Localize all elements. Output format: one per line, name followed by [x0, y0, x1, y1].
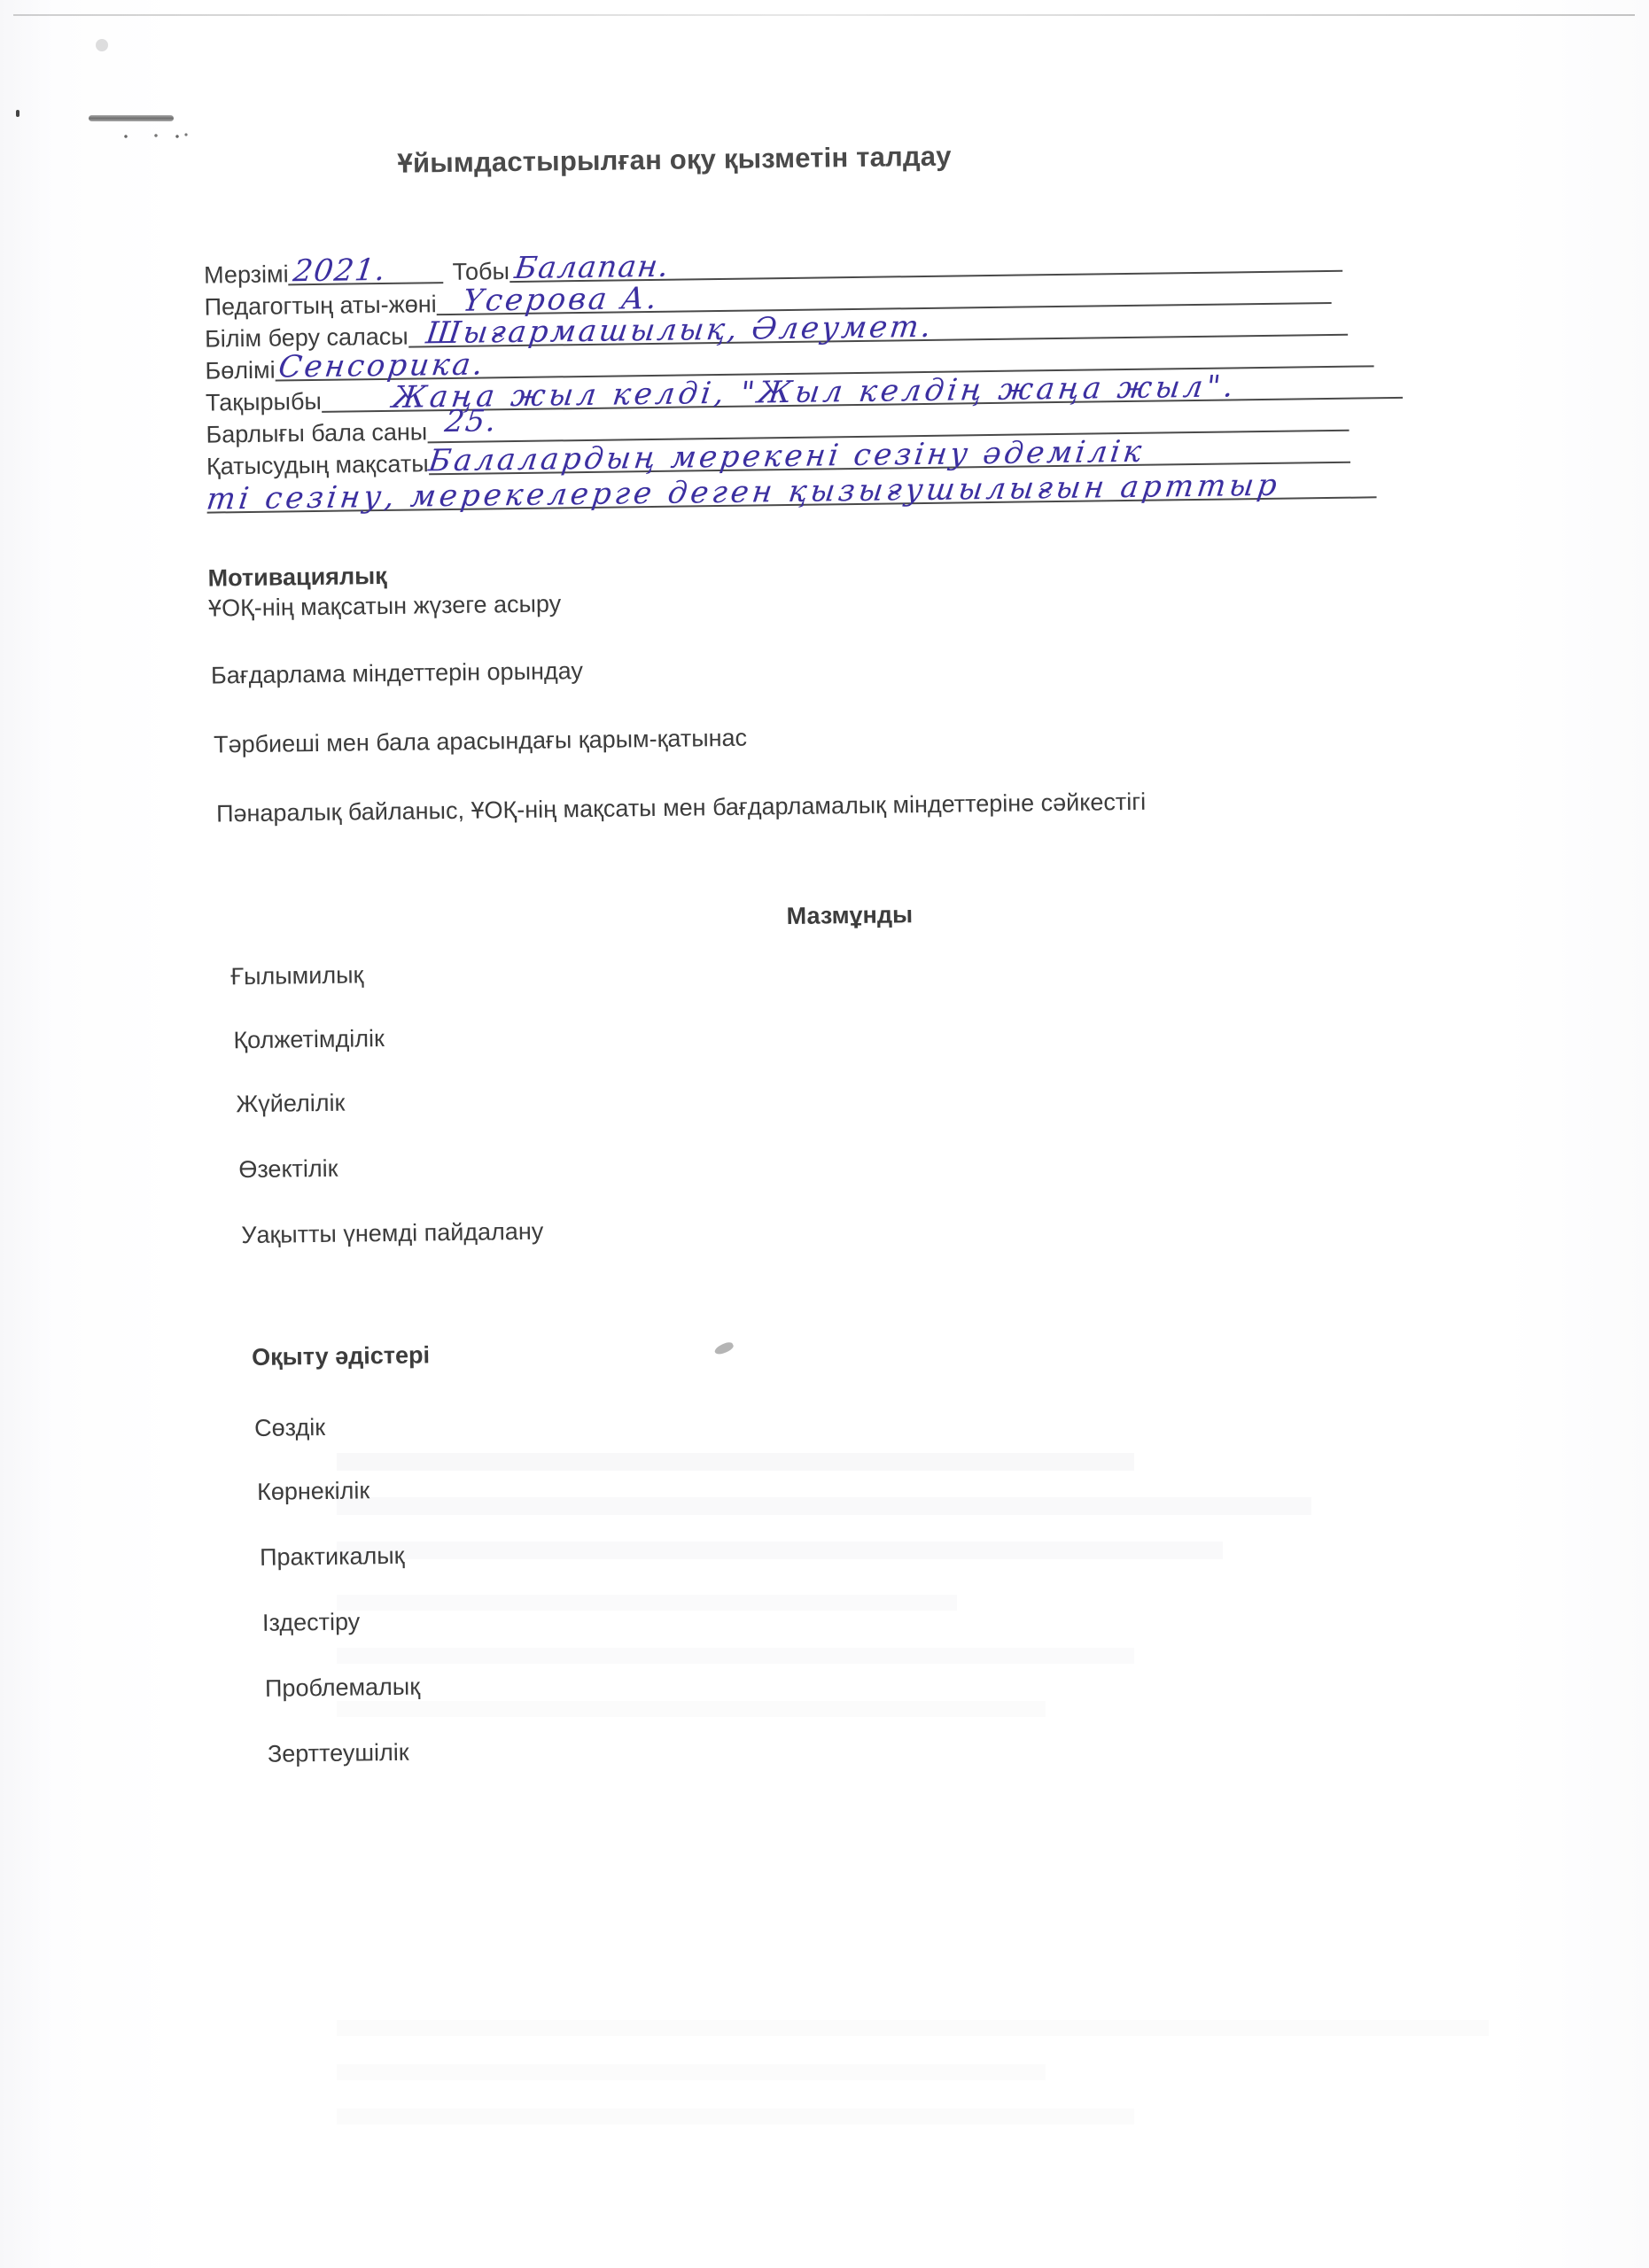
pen-mark	[713, 1340, 735, 1357]
motivation-item: Пәнаралық байланыс, ҰОҚ-нің мақсаты мен …	[216, 788, 1146, 828]
method-item: Практикалық	[260, 1542, 405, 1572]
field-topic-label: Тақырыбы	[206, 388, 322, 416]
form-header: Мерзімі 2021. Тобы Балапан. Педагогтың а…	[0, 0, 1645, 3]
field-children-count-value: 25.	[443, 403, 500, 439]
field-teacher-label: Педагогтың аты-жөні	[204, 291, 436, 320]
document-page: Ұйымдастырылған оқу қызметін талдау Мерз…	[0, 0, 1649, 2268]
method-item: Зерттеушілік	[268, 1739, 409, 1768]
method-item: Проблемалық	[265, 1674, 420, 1703]
method-item: Іздестіру	[262, 1608, 361, 1636]
motivation-item: ҰОҚ-нің мақсатын жүзеге асыру	[208, 590, 561, 622]
field-children-count-label: Барлығы бала саны	[206, 418, 427, 447]
content-section: Мазмұнды Ғылымилық Қолжетімділік Жүйеліл…	[0, 0, 1645, 3]
content-item: Ғылымилық	[230, 961, 363, 990]
content-heading: Мазмұнды	[786, 901, 913, 930]
field-group-label: Тобы	[452, 258, 509, 285]
method-item: Көрнекілік	[257, 1477, 369, 1506]
methods-section: Оқыту әдістері Сөздік Көрнекілік Практик…	[0, 0, 1645, 3]
method-item: Сөздік	[254, 1414, 325, 1442]
content-item: Жүйелілік	[236, 1090, 345, 1119]
field-goal-label: Қатысудың мақсаты	[206, 450, 429, 479]
motivation-heading: Мотивациялық	[207, 563, 386, 593]
field-date-label: Мерзімі	[204, 260, 289, 288]
motivation-section: Мотивациялық ҰОҚ-нің мақсатын жүзеге асы…	[0, 0, 1645, 3]
content-item: Уақытты үнемді пайдалану	[241, 1218, 543, 1249]
field-section-label: Бөлімі	[205, 357, 275, 384]
motivation-item: Бағдарлама міндеттерін орындау	[211, 657, 583, 689]
document-title: Ұйымдастырылған оқу қызметін талдау	[397, 141, 952, 180]
motivation-item: Тәрбиеші мен бала арасындағы қарым-қатын…	[214, 725, 747, 759]
methods-heading: Оқыту әдістері	[252, 1341, 430, 1371]
content-item: Өзектілік	[238, 1155, 338, 1184]
content-item: Қолжетімділік	[233, 1025, 385, 1054]
field-date-value: 2021.	[292, 252, 389, 289]
field-date-line[interactable]: 2021.	[288, 255, 443, 285]
